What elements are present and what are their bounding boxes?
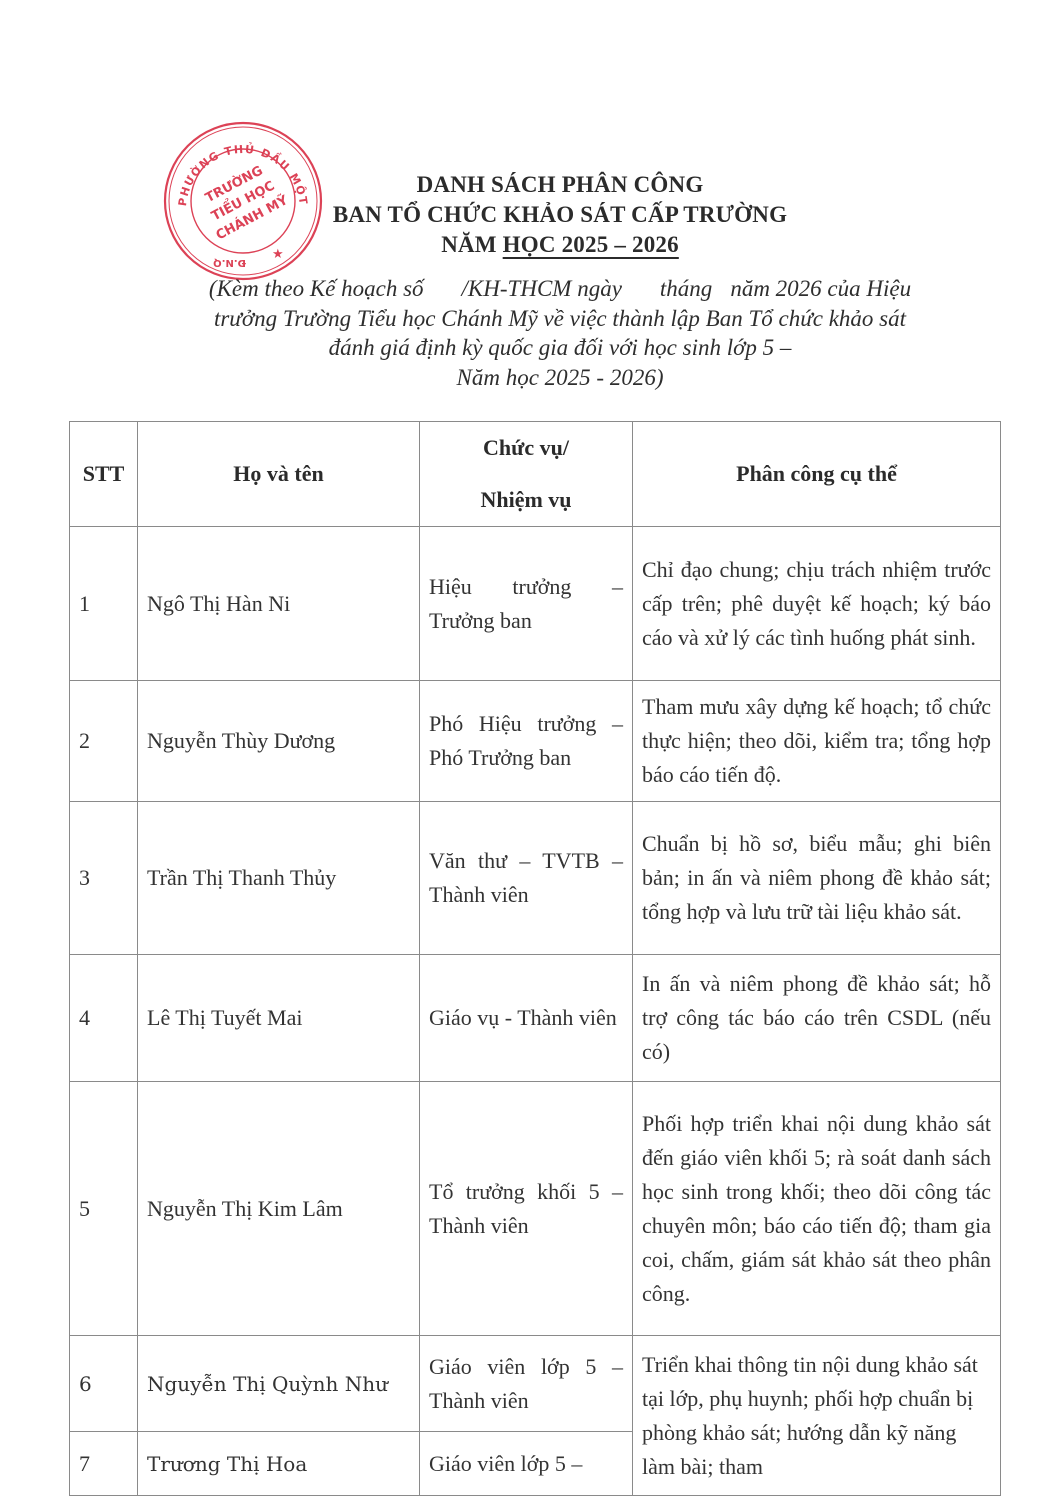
row-position: Giáo viên lớp 5 – (420, 1432, 633, 1496)
header-position-line-2: Nhiệm vụ (429, 474, 623, 526)
subtitle-line-3: đánh giá định kỳ quốc gia đối với học si… (150, 333, 970, 363)
table-row: 2 Nguyễn Thùy Dương Phó Hiệu trưởng – Ph… (70, 681, 1001, 802)
row-position: Văn thư – TVTB – Thành viên (420, 802, 633, 955)
row-stt: 4 (70, 955, 138, 1082)
stamp-bottom-text: Đ.N.Q (213, 257, 246, 268)
title-line-3-prefix: NĂM (441, 232, 502, 257)
row-name: Nguyễn Thùy Dương (138, 681, 420, 802)
row-stt: 5 (70, 1082, 138, 1336)
subtitle-part-4: năm 2026 của Hiệu (730, 276, 911, 301)
row-task: Phối hợp triển khai nội dung khảo sát đế… (633, 1082, 1001, 1336)
row-name: Ngô Thị Hàn Ni (138, 527, 420, 681)
row-position: Giáo vụ - Thành viên (420, 955, 633, 1082)
row-position: Phó Hiệu trưởng – Phó Trưởng ban (420, 681, 633, 802)
row-name: Trần Thị Thanh Thủy (138, 802, 420, 955)
header-stt: STT (70, 422, 138, 527)
table-row: 3 Trần Thị Thanh Thủy Văn thư – TVTB – T… (70, 802, 1001, 955)
header-task: Phân công cụ thể (633, 422, 1001, 527)
row-task: Tham mưu xây dựng kế hoạch; tổ chức thực… (633, 681, 1001, 802)
subtitle-part-1: (Kèm theo Kế hoạch số (209, 276, 424, 301)
table-header-row: STT Họ và tên Chức vụ/Nhiệm vụ Phân công… (70, 422, 1001, 527)
title-line-2: BAN TỔ CHỨC KHẢO SÁT CẤP TRƯỜNG (250, 200, 870, 230)
title-line-3: NĂM HỌC 2025 – 2026 (250, 230, 870, 260)
subtitle-line-4: Năm học 2025 - 2026) (150, 363, 970, 393)
row-task-shared: Triển khai thông tin nội dung khảo sát t… (633, 1336, 1001, 1496)
table-row: 6 Nguyễn Thị Quỳnh Như Giáo viên lớp 5 –… (70, 1336, 1001, 1432)
row-stt: 3 (70, 802, 138, 955)
row-stt: 6 (70, 1336, 138, 1432)
row-name: Lê Thị Tuyết Mai (138, 955, 420, 1082)
header-position-line-1: Chức vụ/ (429, 422, 623, 474)
subtitle-line-1: (Kèm theo Kế hoạch số/KH-THCM ngàythángn… (150, 274, 970, 304)
table-row: 5 Nguyễn Thị Kim Lâm Tổ trưởng khối 5 – … (70, 1082, 1001, 1336)
row-position: Hiệu trưởng – Trưởng ban (420, 527, 633, 681)
table-row: 4 Lê Thị Tuyết Mai Giáo vụ - Thành viên … (70, 955, 1001, 1082)
row-stt: 2 (70, 681, 138, 802)
title-line-3-underlined: HỌC 2025 – 2026 (503, 232, 679, 257)
row-position: Giáo viên lớp 5 – Thành viên (420, 1336, 633, 1432)
subtitle-part-3: tháng (660, 276, 712, 301)
row-stt: 7 (70, 1432, 138, 1496)
row-task: Chỉ đạo chung; chịu trách nhiệm trước cấ… (633, 527, 1001, 681)
document-subtitle: (Kèm theo Kế hoạch số/KH-THCM ngàythángn… (150, 274, 970, 392)
subtitle-part-2: /KH-THCM ngày (462, 276, 622, 301)
row-position: Tổ trưởng khối 5 – Thành viên (420, 1082, 633, 1336)
header-name: Họ và tên (138, 422, 420, 527)
row-stt: 1 (70, 527, 138, 681)
table-row: 1 Ngô Thị Hàn Ni Hiệu trưởng – Trưởng ba… (70, 527, 1001, 681)
subtitle-line-2: trưởng Trường Tiểu học Chánh Mỹ về việc … (150, 304, 970, 334)
header-position: Chức vụ/Nhiệm vụ (420, 422, 633, 527)
row-name: Nguyễn Thị Kim Lâm (138, 1082, 420, 1336)
document-title: DANH SÁCH PHÂN CÔNG BAN TỔ CHỨC KHẢO SÁT… (250, 170, 870, 260)
title-line-1: DANH SÁCH PHÂN CÔNG (250, 170, 870, 200)
row-task: In ấn và niêm phong đề khảo sát; hỗ trợ … (633, 955, 1001, 1082)
row-name: Trương Thị Hoa (138, 1432, 420, 1496)
row-name: Nguyễn Thị Quỳnh Như (138, 1336, 420, 1432)
assignment-table: STT Họ và tên Chức vụ/Nhiệm vụ Phân công… (69, 421, 1001, 1496)
row-task: Chuẩn bị hồ sơ, biểu mẫu; ghi biên bản; … (633, 802, 1001, 955)
